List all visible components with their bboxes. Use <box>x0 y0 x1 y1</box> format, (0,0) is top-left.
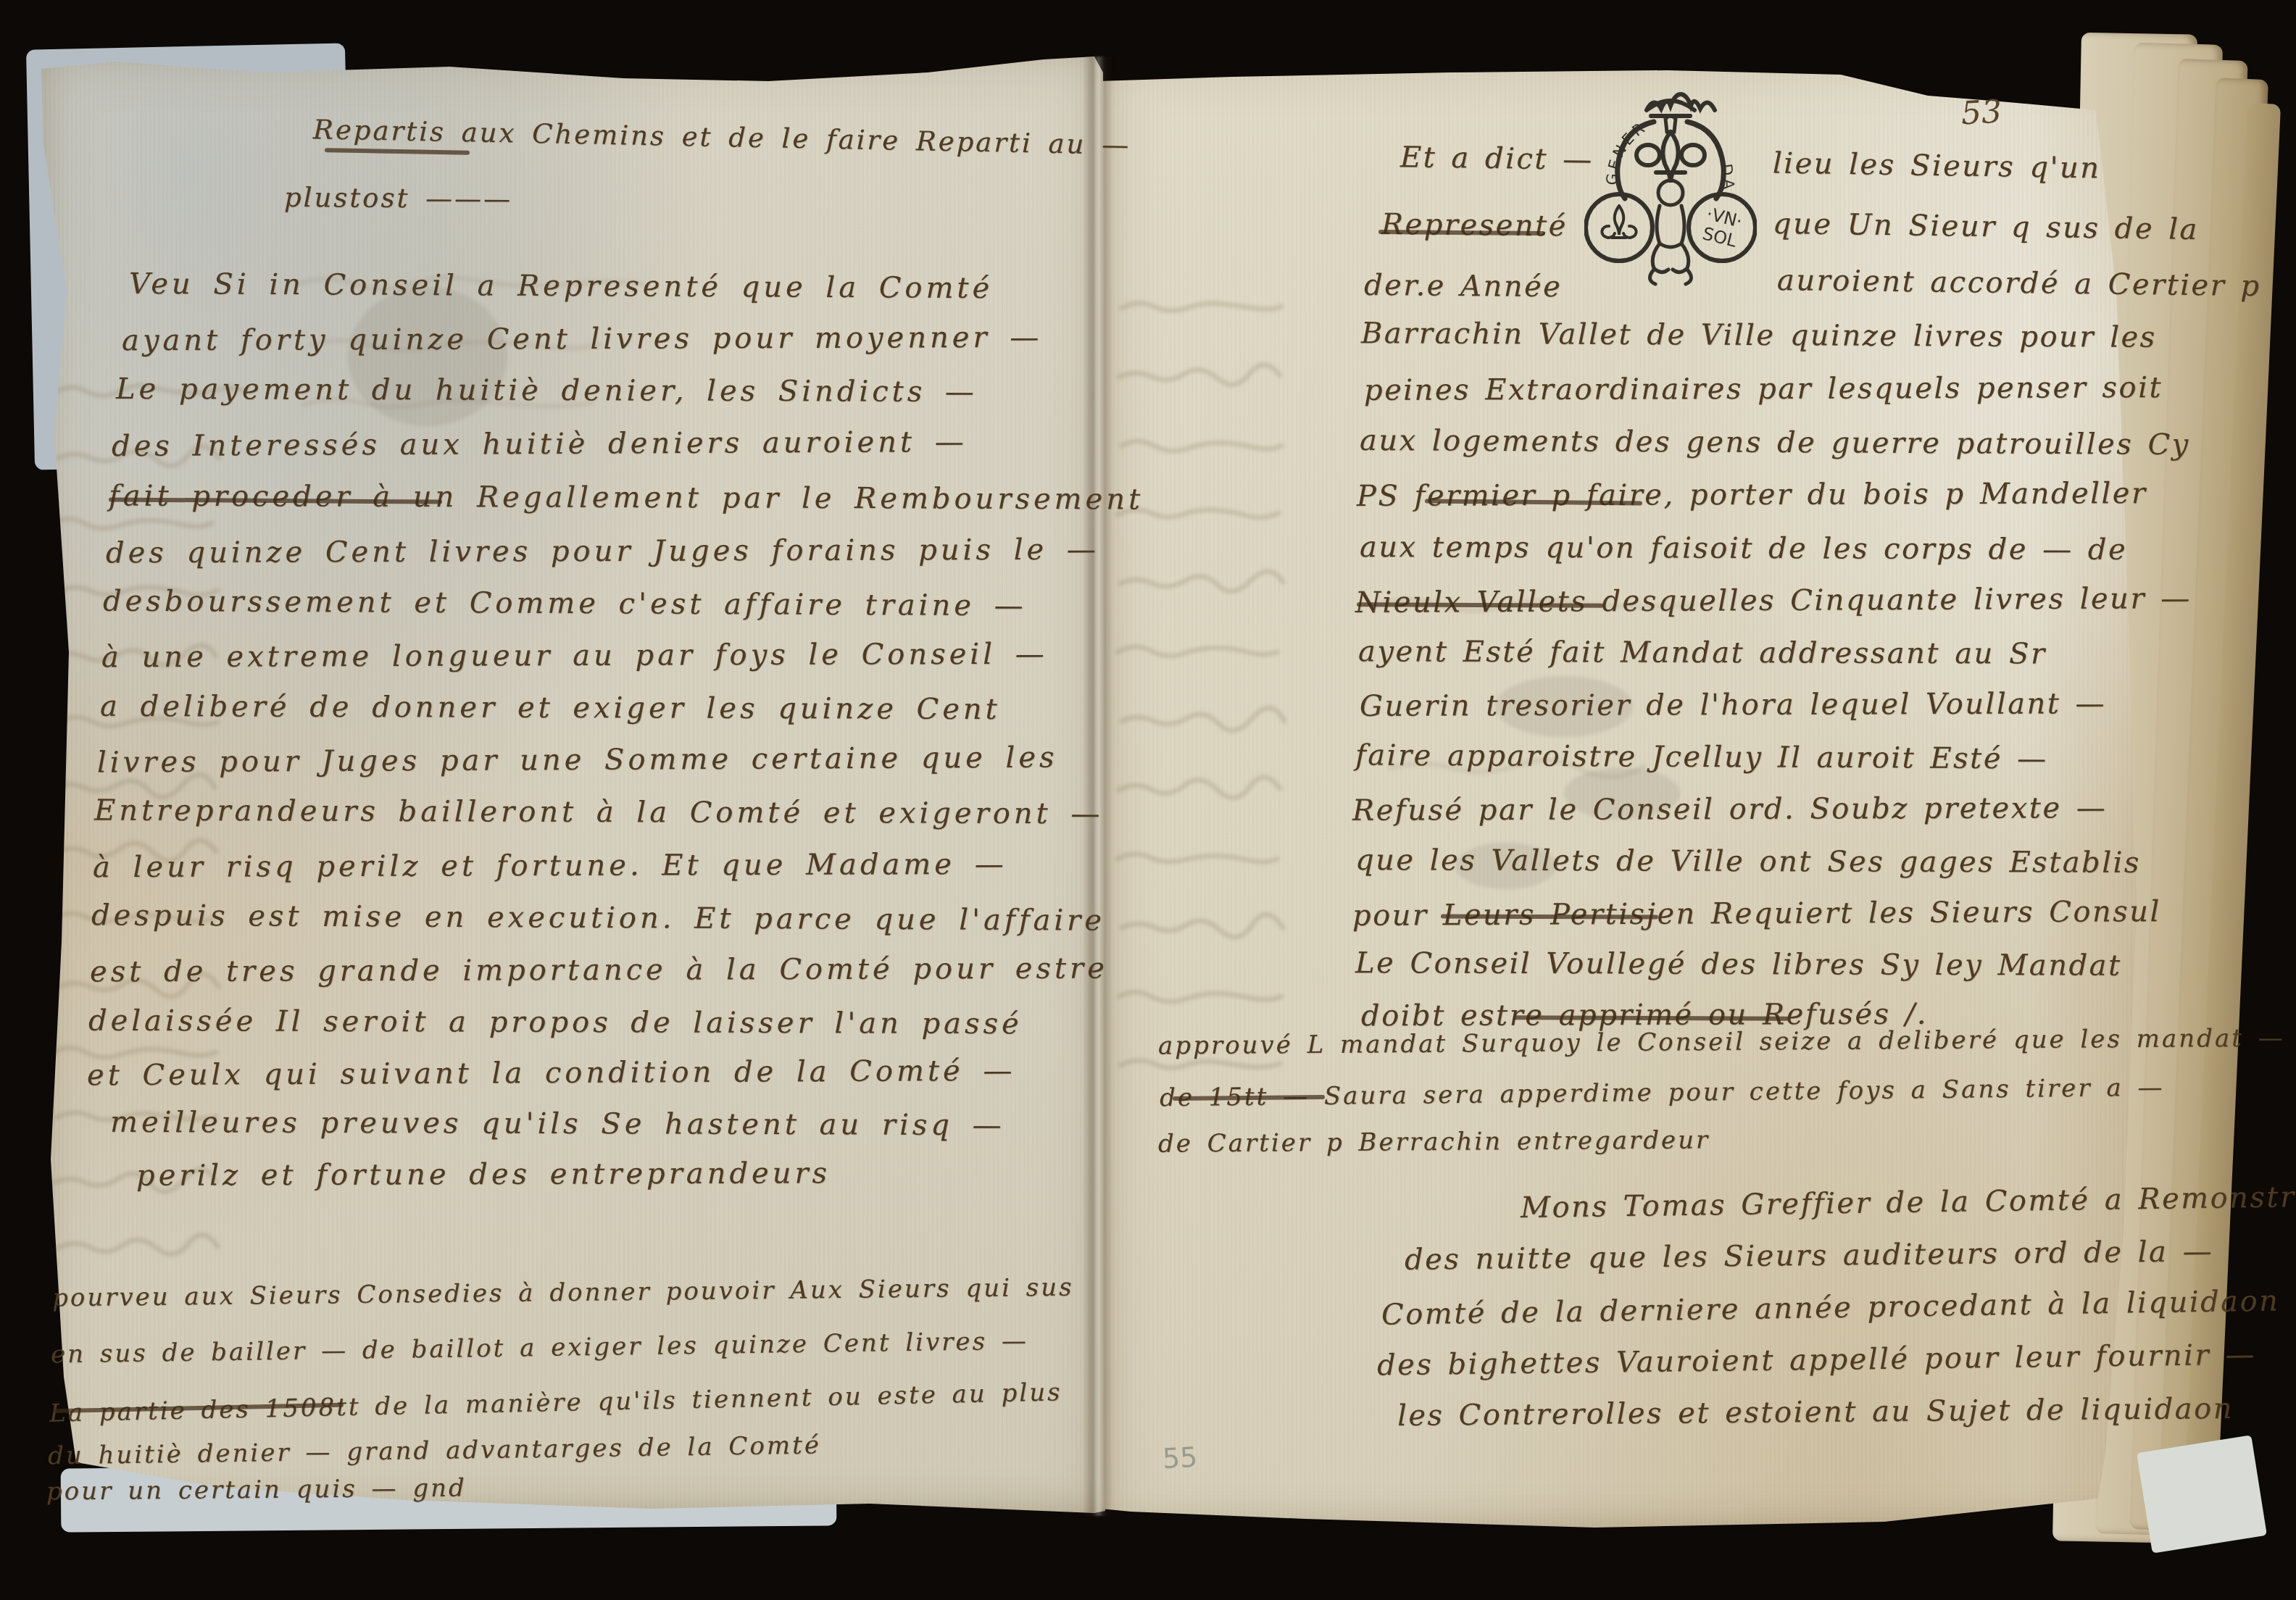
manuscript-line: peines Extraordinaires par lesquels pens… <box>1364 371 2163 407</box>
folio-number-ink: 53 <box>1960 93 2003 133</box>
manuscript-line: Le Conseil Voullegé des libres Sy ley Ma… <box>1355 946 2122 983</box>
manuscript-line: Representé <box>1381 208 1568 243</box>
manuscript-photograph: { "document": { "background_color": "#0c… <box>0 0 2296 1600</box>
manuscript-line: der.e Année <box>1364 269 1563 304</box>
manuscript-line: Guerin tresorier de l'hora lequel Voulla… <box>1360 687 2106 723</box>
manuscript-line: que Un Sieur q sus de la <box>1773 207 2199 246</box>
manuscript-line: que les Vallets de Ville ont Ses gages E… <box>1355 843 2141 880</box>
svg-text:GENER: GENER <box>1603 118 1650 186</box>
manuscript-line: à leur risq perilz et fortune. Et que Ma… <box>93 848 1007 884</box>
manuscript-line: perilz et fortune des entreprandeurs <box>136 1157 831 1192</box>
manuscript-line: PS fermier p faire, porter du bois p Man… <box>1357 477 2147 513</box>
manuscript-line: desbourssement et Comme c'est affaire tr… <box>103 585 1027 623</box>
manuscript-line: des quinze Cent livres pour Juges forain… <box>106 533 1099 570</box>
svg-text:DA: DA <box>1718 162 1738 192</box>
manuscript-line: faire apparoistre Jcelluy Il auroit Esté… <box>1355 738 2048 775</box>
manuscript-line: à une extreme longueur au par foys le Co… <box>101 638 1048 675</box>
stamp-band-right-text: DA <box>1718 162 1738 192</box>
manuscript-line: et Ceulx qui suivant la condition de la … <box>87 1054 1016 1093</box>
fiscal-stamp-icon: ·VN· SOL GENER DA <box>1584 84 1757 296</box>
manuscript-line: lieu les Sieurs q'un <box>1773 146 2101 185</box>
manuscript-line: Refusé par le Conseil ord. Soubz pretext… <box>1352 791 2107 828</box>
manuscript-line: Nieulx Vallets desquelles Cinquante livr… <box>1355 582 2192 620</box>
marginal-note-line: pour un certain quis — gnd <box>46 1473 467 1506</box>
manuscript-line: Barrachin Vallet de Ville quinze livres … <box>1361 317 2157 354</box>
manuscript-line: auroient accordé a Certier p <box>1777 264 2261 303</box>
manuscript-line: livres pour Juges par une Somme certaine… <box>97 741 1058 780</box>
stamp-band-left-text: GENER <box>1603 118 1650 186</box>
manuscript-line: est de tres grande importance à la Comté… <box>90 952 1108 989</box>
manuscript-line: ayant forty quinze Cent livres pour moye… <box>122 321 1042 357</box>
manuscript-line: Veu Si in Conseil a Representé que la Co… <box>129 267 993 305</box>
manuscript-line: plustost ——— <box>284 182 512 214</box>
manuscript-line: a deliberé de donner et exiger les quinz… <box>100 690 1001 726</box>
manuscript-line: delaissée Il seroit a propos de laisser … <box>88 1004 1023 1041</box>
manuscript-line: aux temps qu'on faisoit de les corps de … <box>1360 530 2127 567</box>
stamp-left-medallion <box>1586 194 1652 261</box>
manuscript-line: meilleures preuves qu'ils Se hastent au … <box>110 1106 1005 1142</box>
under-sheet-corner <box>2137 1435 2267 1553</box>
folio-number-pencil: 55 <box>1162 1441 1199 1475</box>
manuscript-line: despuis est mise en execution. Et parce … <box>91 899 1105 937</box>
manuscript-line: aux logements des gens de guerre patroui… <box>1360 424 2190 462</box>
manuscript-line: des Interessés aux huitiè deniers auroie… <box>112 425 968 463</box>
manuscript-line: Le payement du huitiè denier, les Sindic… <box>116 372 978 409</box>
manuscript-line: Entreprandeurs bailleront à la Comté et … <box>94 794 1103 831</box>
gutter-crease <box>1083 57 1113 1516</box>
marginal-note-line: de Cartier p Berrachin entregardeur <box>1158 1125 1710 1158</box>
ink-strikethrough <box>1441 914 1658 919</box>
manuscript-line: Et a dict — <box>1400 141 1594 177</box>
manuscript-line: ayent Esté fait Mandat addressant au Sr <box>1358 635 2047 670</box>
